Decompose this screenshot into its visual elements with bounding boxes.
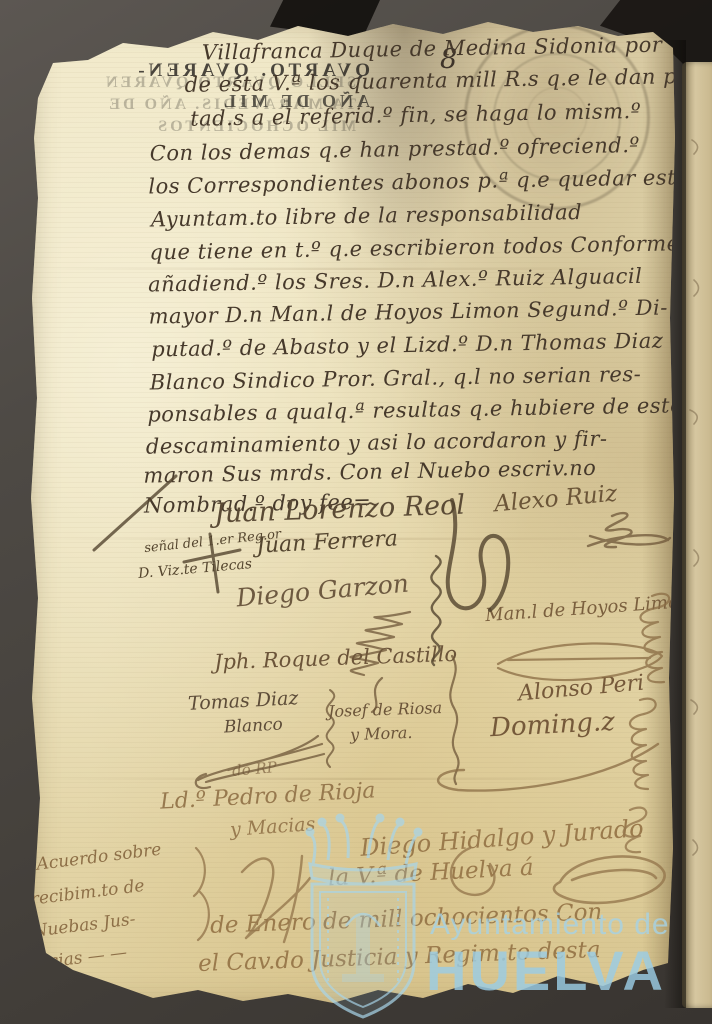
watermark-shield-icon: [298, 812, 428, 1022]
watermark-base: [342, 974, 384, 982]
margin-brace: [194, 848, 209, 940]
alonso-sweep: [438, 744, 658, 791]
watermark-column: [356, 914, 370, 974]
closing-capital-loop: [451, 848, 494, 895]
witness-cross-mark: [184, 534, 240, 592]
closing-oval-flourish: [554, 856, 665, 903]
garzon-rubric: [350, 612, 410, 712]
alonso-coil: [630, 699, 656, 789]
margin-slash-mark: [94, 476, 176, 550]
ferrera-rubric: [431, 556, 440, 665]
watermark-crown-band: [310, 864, 416, 884]
diaz-coil: [327, 690, 335, 767]
hoyos-oval-flourish: [498, 643, 662, 680]
diaz-rubric: [196, 736, 324, 788]
watermark-text-line2: HUELVA: [426, 938, 666, 1003]
ruiz-rubric: [588, 513, 670, 547]
hidalgo-trail: [624, 808, 647, 853]
archival-photo: SELLO QVARTO QVAREN TA MARAVEDIS. AÑO DE…: [0, 0, 712, 1024]
riosa-rubric: [450, 656, 458, 784]
reol-paraph: [448, 500, 509, 610]
watermark-text-line1: Ayuntamiento de: [430, 908, 670, 942]
hoyos-coil: [640, 594, 669, 682]
watermark-crown-spikes: [310, 820, 418, 864]
